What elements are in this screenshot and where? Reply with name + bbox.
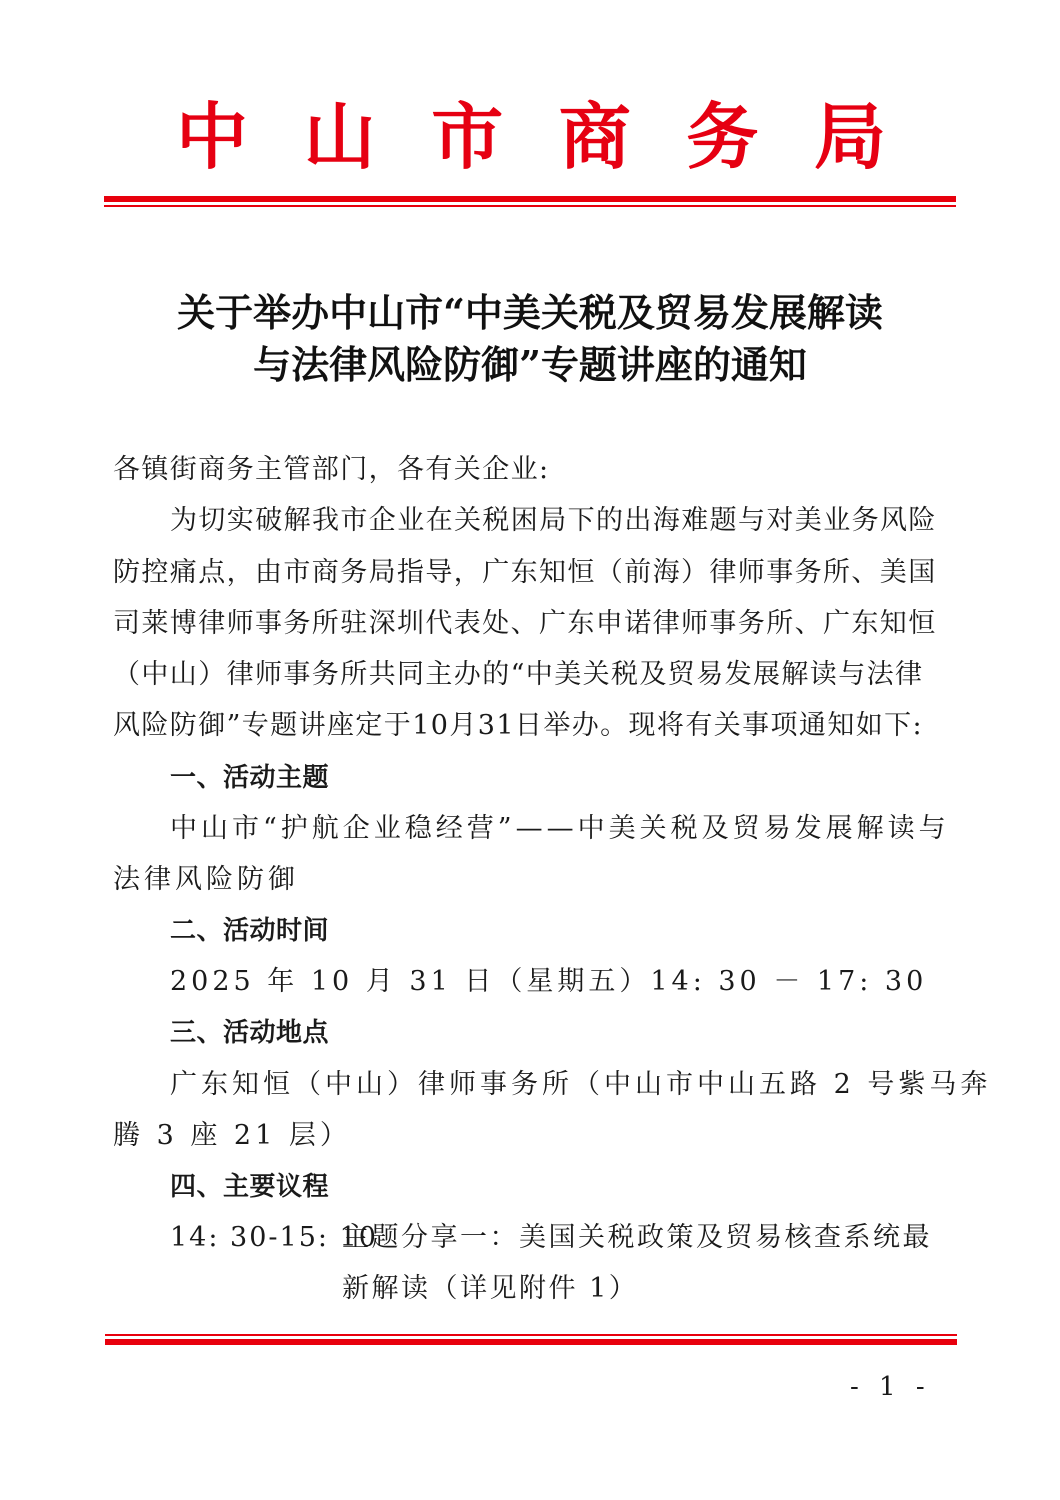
document-title-line-2: 与法律风险防御”专题讲座的通知 <box>100 339 960 391</box>
event-location: 广东知恒（中山）律师事务所（中山市中山五路 2 号紫马奔 <box>170 1067 991 1103</box>
header-red-rule-thin <box>104 205 956 207</box>
footer-red-rule-thick <box>105 1339 957 1345</box>
intro-line: （中山）律师事务所共同主办的“中美关税及贸易发展解读与法律 <box>113 657 923 693</box>
intro-line: 为切实破解我市企业在关税困局下的出海难题与对美业务风险 <box>170 503 937 539</box>
section-heading-location: 三、活动地点 <box>170 1015 329 1051</box>
intro-line: 风险防御”专题讲座定于10月31日举办。现将有关事项通知如下: <box>113 708 923 744</box>
section-heading-time: 二、活动时间 <box>170 913 329 949</box>
document-title-line-1: 关于举办中山市“中美关税及贸易发展解读 <box>100 287 960 339</box>
section-text: 法律风险防御 <box>113 862 299 898</box>
section-heading-agenda: 四、主要议程 <box>170 1169 329 1205</box>
header-red-rule-thick <box>104 196 956 202</box>
intro-line: 司莱博律师事务所驻深圳代表处、广东申诺律师事务所、广东知恒 <box>113 606 937 642</box>
agency-char: 务 <box>686 92 758 182</box>
event-datetime: 2025 年 10 月 31 日（星期五）14: 30 － 17: 30 <box>170 964 927 1000</box>
agency-letterhead: 中 山 市 商 务 局 <box>104 92 956 182</box>
event-location: 腾 3 座 21 层） <box>113 1118 351 1154</box>
page-number: - 1 - <box>850 1372 931 1402</box>
salutation: 各镇街商务主管部门，各有关企业: <box>113 452 550 488</box>
agenda-item-continued: 新解读（详见附件 1） <box>342 1271 638 1307</box>
section-heading-theme: 一、活动主题 <box>170 760 329 796</box>
agency-char: 中 <box>176 92 248 182</box>
agency-char: 局 <box>814 92 886 182</box>
agency-char: 山 <box>304 92 376 182</box>
agency-char: 市 <box>431 92 503 182</box>
agenda-item: 主题分享一：美国关税政策及贸易核查系统最 <box>342 1220 932 1256</box>
intro-line: 防控痛点，由市商务局指导，广东知恒（前海）律师事务所、美国 <box>113 555 937 591</box>
section-text: 中山市“护航企业稳经营”——中美关税及贸易发展解读与 <box>170 811 950 847</box>
agency-char: 商 <box>559 92 631 182</box>
footer-red-rule-thin <box>105 1334 957 1336</box>
